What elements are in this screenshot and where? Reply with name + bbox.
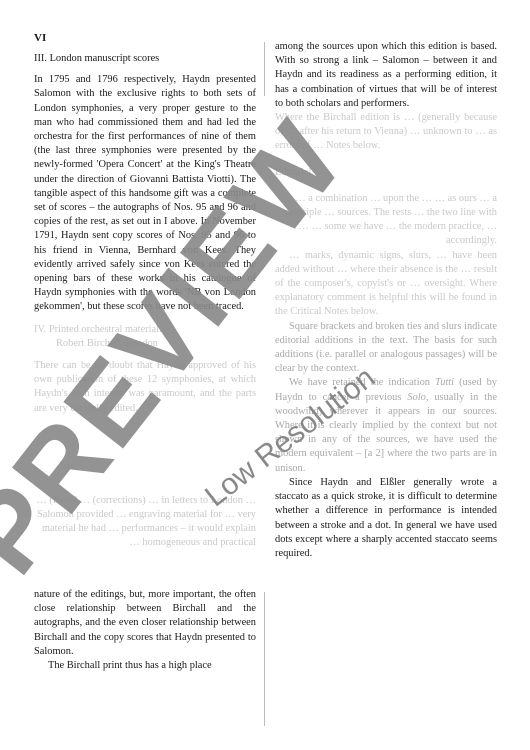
paragraph-sources-link: among the sources upon which this editio…	[275, 40, 497, 111]
paragraph-square-brackets: Square brackets and broken ties and slur…	[275, 320, 497, 377]
right-column: among the sources upon which this editio…	[275, 40, 497, 561]
page-number: VI	[34, 32, 46, 44]
paragraph-added-marks: … marks, dynamic signs, slurs, … have be…	[275, 249, 497, 320]
paragraph-editings-relationship: nature of the editings, but, more import…	[34, 588, 256, 659]
column-divider-bottom	[264, 592, 265, 726]
term-solo: Solo	[407, 392, 425, 403]
term-tutti: Tutti	[435, 377, 454, 388]
column-divider-top	[264, 42, 265, 96]
paragraph-birchall-high-place: The Birchall print thus has a high place	[34, 659, 256, 673]
section-heading-london-manuscript-scores: III. London manuscript scores	[34, 52, 256, 66]
document-page: VI III. London manuscript scores In 1795…	[0, 0, 530, 750]
paragraph-staccato: Since Haydn and Elßler generally wrote a…	[275, 476, 497, 561]
left-column-bottom: nature of the editings, but, more import…	[34, 588, 256, 673]
